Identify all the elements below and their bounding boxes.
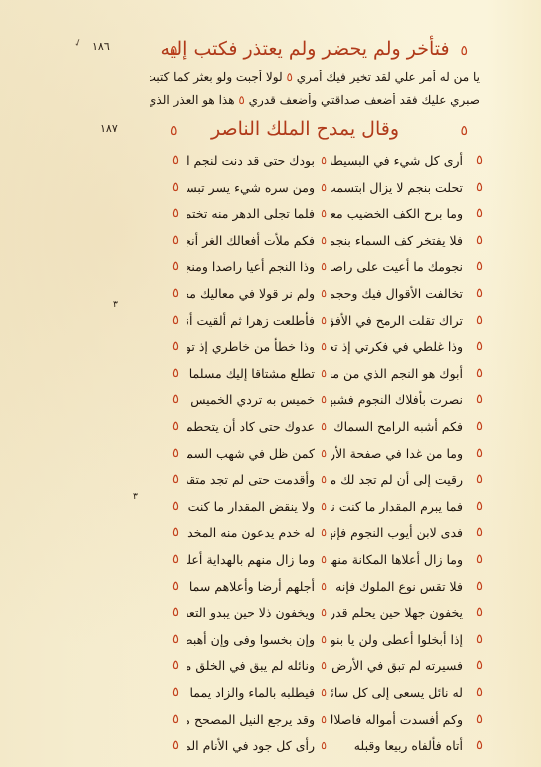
- verse-marker-icon: ٥: [460, 120, 468, 142]
- first-hemistich: نجومك ما أعيت على راصد لها: [331, 256, 463, 278]
- second-hemistich: كمن ظل في شهب السماء محكما: [187, 443, 315, 465]
- verse-marker-icon: ٥: [321, 735, 327, 757]
- second-hemistich: له خدم يدعون منه المخدما: [187, 522, 315, 544]
- verse-marker-icon: ٥: [321, 549, 327, 571]
- verse-marker-icon: ٥: [170, 40, 178, 62]
- verse-marker-icon: ٥: [476, 363, 483, 385]
- verse-marker-icon: ٥: [321, 203, 327, 225]
- verse-marker-icon: ٥: [476, 230, 483, 252]
- prose-segment: لولا أجبت ولو بعثر كما كتبت ولو بعذر: [150, 70, 283, 84]
- verse-marker-icon: ٥: [321, 310, 327, 332]
- verse-line: ٥تراك تقلت الرمح في الأفق راكضا٥فأطلعت ز…: [172, 310, 477, 332]
- verse-line: ٥يخفون جهلا حين يحلم قدرة٥ويخفون ذلا حين…: [172, 602, 477, 624]
- prose-line-2: صبري عليك فقد أضعف صداقتي وأضعف قدري ٥ ه…: [150, 93, 480, 108]
- verse-marker-icon: ٥: [476, 150, 483, 172]
- first-hemistich: تحلت بنجم لا يزال ابتسمت به: [331, 177, 463, 199]
- verse-marker-icon: ٥: [321, 283, 327, 305]
- verse-marker-icon: ٥: [476, 443, 483, 465]
- verse-marker-icon: ٥: [238, 93, 244, 107]
- first-hemistich: يخفون جهلا حين يحلم قدرة: [331, 602, 463, 624]
- verse-line: ٥نجومك ما أعيت على راصد لها٥وذا النجم أع…: [172, 256, 477, 278]
- second-hemistich: وقد يرجع النيل المصحح مسقما: [187, 709, 315, 731]
- verse-line: ٥أبوك هو النجم الذي من محله٥تطلع مشتاقا …: [172, 363, 477, 385]
- verse-marker-icon: ٥: [172, 389, 179, 411]
- verse-marker-icon: ٥: [172, 230, 179, 252]
- prose-segment: صبري عليك فقد أضعف صداقتي وأضعف قدري: [249, 93, 480, 107]
- margin-mark-1: ٣: [113, 300, 118, 310]
- folio-number-187: ١٨٧: [100, 122, 118, 135]
- verse-marker-icon: ٥: [476, 389, 483, 411]
- verse-marker-icon: ٥: [476, 735, 483, 757]
- second-hemistich: فكم ملأت أفعالك الغر أنجما: [187, 230, 315, 252]
- verse-marker-icon: ٥: [321, 496, 327, 518]
- heading-text: وقال يمدح الملك الناصر: [211, 118, 399, 140]
- verse-marker-icon: ٥: [172, 709, 179, 731]
- prose-segment: يا من له أمر علي لقد تخير فيك أمري: [297, 70, 480, 84]
- folio-number-186: ١٨٦: [92, 40, 110, 53]
- first-hemistich: فلا تقس نوع الملوك فإنه: [331, 576, 463, 598]
- first-hemistich: فسيرته لم تبق في الأرض ظالما: [331, 655, 463, 677]
- first-hemistich: له نائل يسعى إلى كل سائل: [331, 682, 463, 704]
- verse-marker-icon: ٥: [321, 602, 327, 624]
- verse-marker-icon: ٥: [476, 709, 483, 731]
- verse-line: ٥تحلت بنجم لا يزال ابتسمت به٥ومن سره شيء…: [172, 177, 477, 199]
- verse-marker-icon: ٥: [172, 416, 179, 438]
- first-hemistich: وما برح الكف الخضيب معطلا: [331, 203, 463, 225]
- verse-marker-icon: ٥: [476, 469, 483, 491]
- verse-marker-icon: ٥: [476, 496, 483, 518]
- verse-marker-icon: ٥: [321, 256, 327, 278]
- manuscript-page: ✓ ١٨٦ ١٨٧ ٣ ٣ ٥ فتأخر ولم يحضر ولم يعتذر…: [0, 0, 541, 767]
- verse-marker-icon: ٥: [321, 443, 327, 465]
- second-hemistich: تطلع مشتاقا إليك مسلما: [187, 363, 315, 385]
- verse-marker-icon: ٥: [476, 283, 483, 305]
- verse-marker-icon: ٥: [476, 629, 483, 651]
- second-hemistich: أجلهم أرضا وأعلاهم سما: [187, 576, 315, 598]
- second-hemistich: ويخفون ذلا حين يبدو التعظما: [187, 602, 315, 624]
- verse-marker-icon: ٥: [170, 120, 178, 142]
- first-hemistich: فلا يفتخر كف السماء بنجمه: [331, 230, 463, 252]
- first-hemistich: فكم أشبه الرامح السماك مطاعنا: [331, 416, 463, 438]
- verse-marker-icon: ٥: [321, 363, 327, 385]
- verse-marker-icon: ٥: [321, 629, 327, 651]
- verse-marker-icon: ٥: [476, 682, 483, 704]
- verse-marker-icon: ٥: [172, 203, 179, 225]
- verse-marker-icon: ٥: [172, 310, 179, 332]
- verse-marker-icon: ٥: [460, 40, 468, 62]
- verse-marker-icon: ٥: [476, 416, 483, 438]
- verse-marker-icon: ٥: [321, 416, 327, 438]
- second-hemistich: ونائله لم يبق في الخلق معدما: [187, 655, 315, 677]
- verse-marker-icon: ٥: [476, 602, 483, 624]
- verse-marker-icon: ٥: [172, 602, 179, 624]
- second-hemistich: ومن سره شيء يسر تبسما: [187, 177, 315, 199]
- first-hemistich: فدى لابن أيوب النجوم فإنهم: [331, 522, 463, 544]
- verse-line: ٥فسيرته لم تبق في الأرض ظالما٥ونائله لم …: [172, 655, 477, 677]
- verse-line: ٥وما من غدا في صفحة الأرض حاكما٥كمن ظل ف…: [172, 443, 477, 465]
- verse-marker-icon: ٥: [172, 336, 179, 358]
- verse-marker-icon: ٥: [286, 70, 292, 84]
- second-hemistich: ولا ينقض المقدار ما كنت مبرما: [187, 496, 315, 518]
- margin-mark-2: ٣: [133, 492, 138, 502]
- first-hemistich: نصرت بأفلاك النجوم فشبهها: [331, 389, 463, 411]
- verse-line: ٥فلا يفتخر كف السماء بنجمه٥فكم ملأت أفعا…: [172, 230, 477, 252]
- second-hemistich: وما زال منهم بالهداية أعلما: [187, 549, 315, 571]
- verse-marker-icon: ٥: [476, 177, 483, 199]
- verse-line: ٥فلا تقس نوع الملوك فإنه٥أجلهم أرضا وأعل…: [172, 576, 477, 598]
- second-hemistich: فلما تجلى الدهر منه تختما: [187, 203, 315, 225]
- verse-marker-icon: ٥: [321, 709, 327, 731]
- verse-marker-icon: ٥: [476, 256, 483, 278]
- verse-marker-icon: ٥: [321, 150, 327, 172]
- verse-marker-icon: ٥: [476, 310, 483, 332]
- verse-line: ٥أرى كل شيء في البسيطة قد ترى٥بودك حتى ق…: [172, 150, 477, 172]
- second-hemistich: خميس به تردي الخميس العرمرما: [187, 389, 315, 411]
- verse-marker-icon: ٥: [172, 629, 179, 651]
- verse-line: ٥فدى لابن أيوب النجوم فإنهم٥له خدم يدعون…: [172, 522, 477, 544]
- verse-marker-icon: ٥: [321, 469, 327, 491]
- prose-line-1: يا من له أمر علي لقد تخير فيك أمري ٥ لول…: [150, 70, 480, 85]
- verse-marker-icon: ٥: [172, 469, 179, 491]
- verse-line: ٥وما زال أعلاها المكانة منهم٥وما زال منه…: [172, 549, 477, 571]
- second-hemistich: فيطلبه بالماء والزاد يمما: [187, 682, 315, 704]
- verse-line: ٥نصرت بأفلاك النجوم فشبهها٥خميس به تردي …: [172, 389, 477, 411]
- first-hemistich: أتاه فألفاه ربيعا وقبله: [331, 735, 463, 757]
- verse-marker-icon: ٥: [321, 655, 327, 677]
- verse-marker-icon: ٥: [321, 576, 327, 598]
- verse-marker-icon: ٥: [172, 283, 179, 305]
- verse-marker-icon: ٥: [321, 682, 327, 704]
- first-hemistich: وما زال أعلاها المكانة منهم: [331, 549, 463, 571]
- checkmark-mark: ✓: [72, 37, 84, 50]
- heading-text: فتأخر ولم يحضر ولم يعتذر فكتب إليه: [160, 38, 449, 60]
- verse-marker-icon: ٥: [321, 177, 327, 199]
- verse-marker-icon: ٥: [476, 336, 483, 358]
- second-hemistich: بودك حتى قد دنت لنجم السما: [187, 150, 315, 172]
- verse-marker-icon: ٥: [172, 549, 179, 571]
- verse-marker-icon: ٥: [476, 203, 483, 225]
- prose-segment: هذا هو العذر الذي ما فيه تصحيف لعذري: [150, 93, 235, 107]
- second-hemistich: وذا خطأ من خاطري إذ توهما: [187, 336, 315, 358]
- first-hemistich: وذا غلطي في فكرتي إذ تخيلت: [331, 336, 463, 358]
- verse-marker-icon: ٥: [172, 363, 179, 385]
- verse-line: ٥وما برح الكف الخضيب معطلا٥فلما تجلى الد…: [172, 203, 477, 225]
- verse-marker-icon: ٥: [172, 682, 179, 704]
- second-hemistich: ولم نر قولا في معاليك مجمجما: [187, 283, 315, 305]
- verse-line: ٥رقيت إلى أن لم تجد لك مرتقى٥وأقدمت حتى …: [172, 469, 477, 491]
- verse-marker-icon: ٥: [321, 389, 327, 411]
- verse-marker-icon: ٥: [172, 496, 179, 518]
- first-hemistich: تراك تقلت الرمح في الأفق راكضا: [331, 310, 463, 332]
- verse-line: ٥فكم أشبه الرامح السماك مطاعنا٥عدوك حتى …: [172, 416, 477, 438]
- verse-marker-icon: ٥: [321, 336, 327, 358]
- second-hemistich: فأطلعت زهرا ثم ألقيت أنجما: [187, 310, 315, 332]
- verse-marker-icon: ٥: [172, 655, 179, 677]
- second-hemistich: وإن بخسوا وفى وإن أهبطوا سما: [187, 629, 315, 651]
- first-hemistich: أبوك هو النجم الذي من محله: [331, 363, 463, 385]
- verse-line: ٥له نائل يسعى إلى كل سائل٥فيطلبه بالماء …: [172, 682, 477, 704]
- first-hemistich: وما من غدا في صفحة الأرض حاكما: [331, 443, 463, 465]
- verse-marker-icon: ٥: [321, 230, 327, 252]
- second-hemistich: رأى كل جود في الأنام المحرما: [187, 735, 315, 757]
- rubric-heading-2: ٥ وقال يمدح الملك الناصر ٥: [150, 118, 460, 140]
- verse-line: ٥وكم أفسدت أمواله فاصلاله٥وقد يرجع النيل…: [172, 709, 477, 731]
- verse-marker-icon: ٥: [172, 522, 179, 544]
- second-hemistich: وأقدمت حتى لم تجد متقدما: [187, 469, 315, 491]
- verse-line: ٥فما يبرم المقدار ما كنت ناقضا٥ولا ينقض …: [172, 496, 477, 518]
- verse-marker-icon: ٥: [172, 256, 179, 278]
- verse-marker-icon: ٥: [172, 576, 179, 598]
- verse-marker-icon: ٥: [321, 522, 327, 544]
- verse-marker-icon: ٥: [172, 443, 179, 465]
- second-hemistich: وذا النجم أعيا راصدا ومنجما: [187, 256, 315, 278]
- first-hemistich: أرى كل شيء في البسيطة قد ترى: [331, 150, 463, 172]
- first-hemistich: تخالفت الأقوال فيك وحجمت: [331, 283, 463, 305]
- verse-marker-icon: ٥: [476, 576, 483, 598]
- first-hemistich: إذا أبخلوا أعطى ولن يا بنوا عفا: [331, 629, 463, 651]
- verse-marker-icon: ٥: [476, 522, 483, 544]
- first-hemistich: رقيت إلى أن لم تجد لك مرتقى: [331, 469, 463, 491]
- verse-marker-icon: ٥: [476, 549, 483, 571]
- first-hemistich: فما يبرم المقدار ما كنت ناقضا: [331, 496, 463, 518]
- rubric-heading-1: ٥ فتأخر ولم يحضر ولم يعتذر فكتب إليه ٥: [150, 38, 460, 60]
- verse-line: ٥تخالفت الأقوال فيك وحجمت٥ولم نر قولا في…: [172, 283, 477, 305]
- verse-line: ٥أتاه فألفاه ربيعا وقبله٥رأى كل جود في ا…: [172, 735, 477, 757]
- verse-line: ٥إذا أبخلوا أعطى ولن يا بنوا عفا٥وإن بخس…: [172, 629, 477, 651]
- verse-marker-icon: ٥: [172, 735, 179, 757]
- first-hemistich: وكم أفسدت أمواله فاصلاله: [331, 709, 463, 731]
- verse-line: ٥وذا غلطي في فكرتي إذ تخيلت٥وذا خطأ من خ…: [172, 336, 477, 358]
- verse-marker-icon: ٥: [172, 177, 179, 199]
- second-hemistich: عدوك حتى كاد أن يتحطما: [187, 416, 315, 438]
- verse-marker-icon: ٥: [476, 655, 483, 677]
- verse-marker-icon: ٥: [172, 150, 179, 172]
